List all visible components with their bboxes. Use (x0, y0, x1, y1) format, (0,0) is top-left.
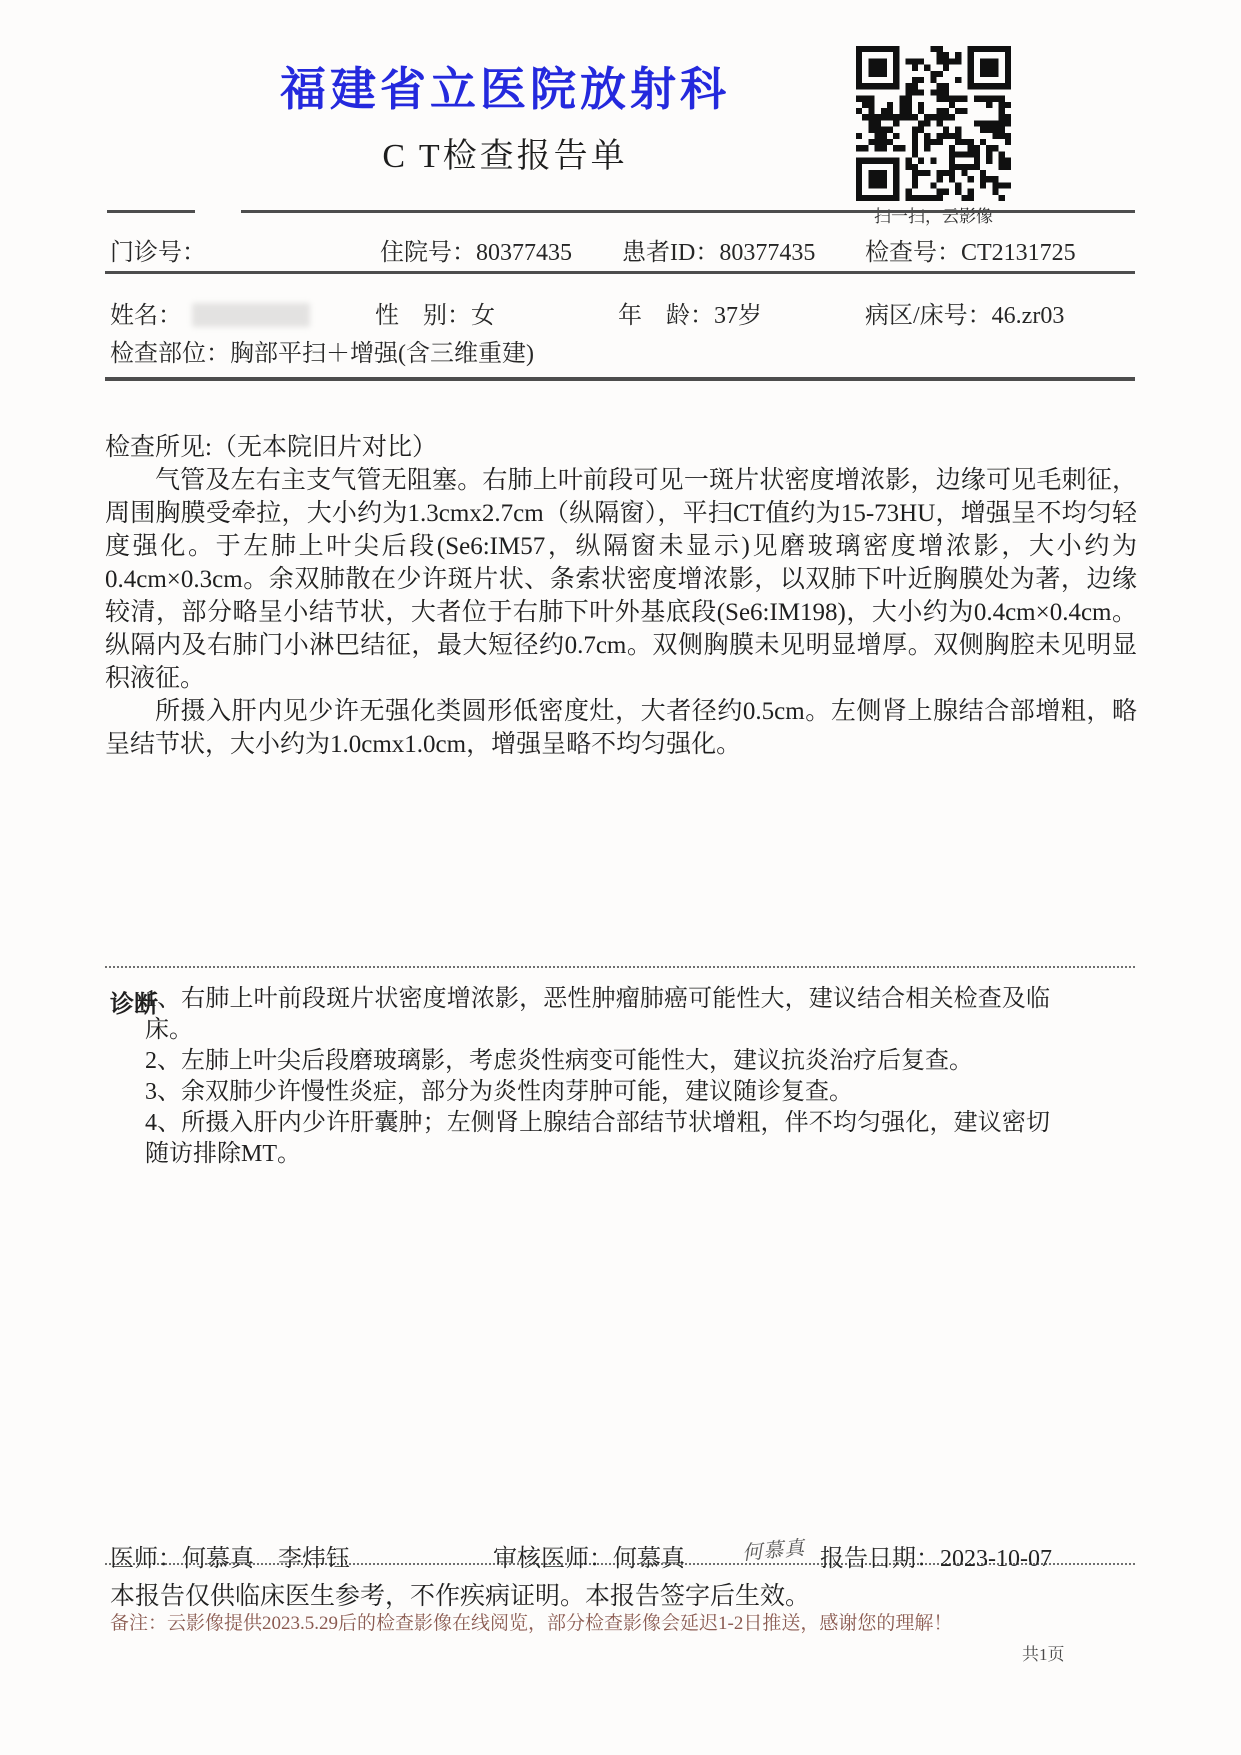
exam-no-field: 检查号：CT2131725 (865, 232, 1076, 267)
inpatient-no-value: 80377435 (476, 240, 572, 266)
physician-field: 医师：何慕真 李炜钰 (110, 1538, 350, 1573)
exam-no-value: CT2131725 (961, 240, 1076, 266)
header-rule-right (241, 210, 1135, 213)
findings-section: 检查所见:（无本院旧片对比） 气管及左右主支气管无阻塞。右肺上叶前段可见一斑片状… (105, 431, 1137, 761)
age-value: 37岁 (714, 303, 762, 329)
hospital-title: 福建省立医院放射科 (105, 62, 905, 118)
ward-bed-field: 病区/床号：46.zr03 (865, 295, 1064, 330)
age-field: 年 龄：37岁 (618, 295, 762, 330)
ct-report-page: 福建省立医院放射科 C T检查报告单 扫一扫，云影像 门诊号： 住院号：8037… (0, 0, 1241, 1755)
exam-no-label: 检查号： (865, 240, 961, 266)
report-date-value: 2023-10-07 (940, 1546, 1052, 1572)
header-rule-left (107, 210, 195, 213)
exam-part-field: 检查部位：胸部平扫＋增强(含三维重建) (110, 333, 534, 368)
physician-names: 何慕真 李炜钰 (182, 1546, 350, 1572)
diagnosis-item: 4、所摄入肝内少许肝囊肿；左侧肾上腺结合部结节状增粗，伴不均匀强化，建议密切随访… (145, 1108, 1050, 1170)
qr-code (856, 46, 1011, 201)
report-header: 福建省立医院放射科 C T检查报告单 (105, 62, 905, 177)
patient-id-label: 患者ID： (622, 240, 719, 266)
inpatient-no-field: 住院号：80377435 (380, 232, 572, 267)
page-count: 共1页 (1022, 1640, 1065, 1665)
outpatient-no-field: 门诊号： (110, 232, 206, 267)
ward-bed-value: 46.zr03 (992, 303, 1065, 329)
gender-label: 性 别： (375, 303, 471, 329)
outpatient-no-label: 门诊号： (110, 240, 206, 266)
physician-label: 医师： (110, 1546, 182, 1572)
section-divider-rule (105, 377, 1135, 381)
age-label: 年 龄： (618, 303, 714, 329)
diagnosis-item: 3、余双肺少许慢性炎症，部分为炎性肉芽肿可能，建议随诊复查。 (145, 1077, 1050, 1108)
qr-code-image (856, 46, 1011, 201)
patient-id-field: 患者ID：80377435 (622, 232, 815, 267)
gender-field: 性 别：女 (375, 295, 495, 330)
diagnosis-dotted-rule (105, 966, 1135, 968)
reviewer-signature: 何慕真 (741, 1531, 806, 1565)
inpatient-no-label: 住院号： (380, 240, 476, 266)
reviewer-field: 审核医师：何慕真 (493, 1538, 685, 1573)
exam-part-label: 检查部位： (110, 341, 230, 367)
report-title: C T检查报告单 (105, 128, 905, 177)
qr-caption: 扫一扫，云影像 (850, 202, 1017, 227)
remark-text: 备注：云影像提供2023.5.29后的检查影像在线阅览，部分检查影像会延迟1-2… (110, 1608, 952, 1635)
ward-bed-label: 病区/床号： (865, 303, 992, 329)
findings-paragraph: 气管及左右主支气管无阻塞。右肺上叶前段可见一斑片状密度增浓影，边缘可见毛刺征，周… (105, 464, 1137, 695)
name-redacted-blur (192, 303, 310, 327)
name-field: 姓名： (110, 295, 310, 330)
diagnosis-item: 1、右肺上叶前段斑片状密度增浓影，恶性肿瘤肺癌可能性大，建议结合相关检查及临床。 (145, 984, 1050, 1046)
exam-part-value: 胸部平扫＋增强(含三维重建) (230, 341, 534, 367)
name-label: 姓名： (110, 303, 182, 329)
report-date-label: 报告日期： (820, 1546, 940, 1572)
diagnosis-section: 1、右肺上叶前段斑片状密度增浓影，恶性肿瘤肺癌可能性大，建议结合相关检查及临床。… (145, 984, 1050, 1170)
reviewer-label: 审核医师： (493, 1546, 613, 1572)
diagnosis-item: 2、左肺上叶尖后段磨玻璃影，考虑炎性病变可能性大，建议抗炎治疗后复查。 (145, 1046, 1050, 1077)
gender-value: 女 (471, 303, 495, 329)
report-date-field: 报告日期：2023-10-07 (820, 1538, 1052, 1573)
reviewer-name: 何慕真 (613, 1546, 685, 1572)
findings-paragraph: 所摄入肝内见少许无强化类圆形低密度灶，大者径约0.5cm。左侧肾上腺结合部增粗，… (105, 695, 1137, 761)
patient-id-value: 80377435 (719, 240, 815, 266)
findings-heading: 检查所见:（无本院旧片对比） (105, 431, 1137, 464)
info-divider-rule (105, 271, 1135, 274)
disclaimer-text: 本报告仅供临床医生参考，不作疾病证明。本报告签字后生效。 (110, 1576, 810, 1612)
